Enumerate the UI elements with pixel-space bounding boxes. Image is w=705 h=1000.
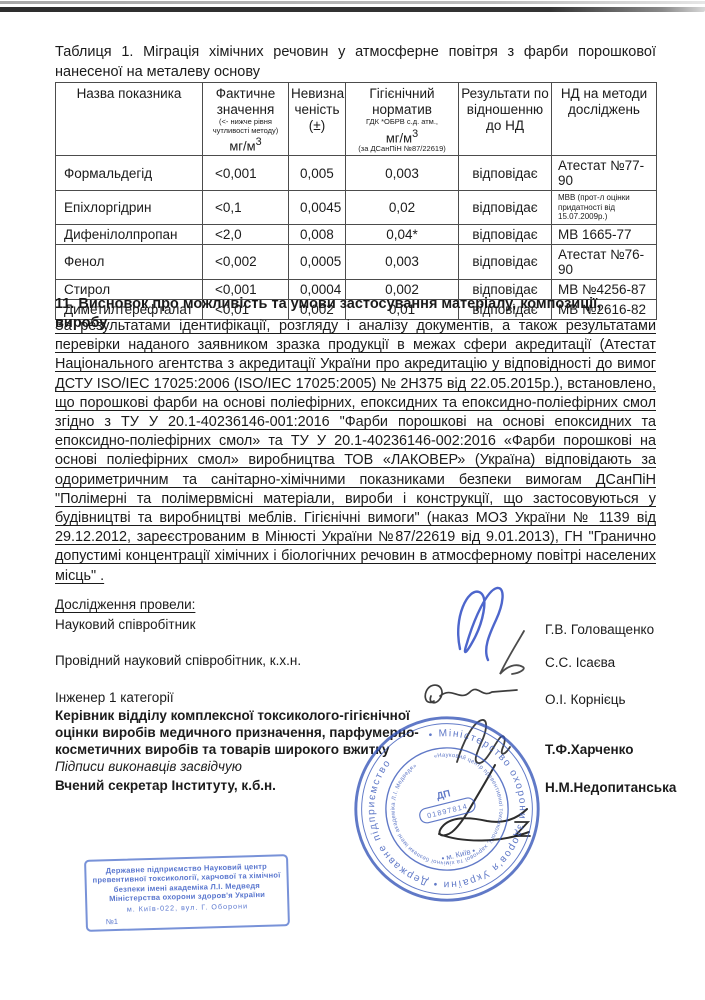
cell-actual-value: <0,002 [203,244,289,279]
role-engineer: Інженер 1 категорії [55,690,174,705]
cell-nd-method: Атестат №76-90 [552,244,657,279]
signatures-intro: Дослідження провели: [55,597,195,612]
column-header-indicator-name: Назва показника [56,83,203,156]
cell-nd-method: Атестат №77-90 [552,156,657,191]
rect-stamp: Державне підприємство Науковий центр пре… [84,854,290,932]
cell-nd-method: МВ 1665-77 [552,224,657,244]
column-header-nd-methods: НД на методи досліджень [552,83,657,156]
cell-actual-value: <0,001 [203,156,289,191]
column-header-actual-value: Фактичне значення (<- нижче рівня чутлив… [203,83,289,156]
isaieva-signature [494,629,530,677]
certify-note: Підписи виконавців засвідчую [55,759,242,774]
cell-uncertainty: 0,005 [289,156,346,191]
cell-hygienic-standard: 0,02 [346,191,459,225]
name-kharchenko: Т.Ф.Харченко [545,742,634,757]
role-lead-researcher: Провідний науковий співробітник, к.х.н. [55,653,301,668]
cell-indicator-name: Фенол [56,244,203,279]
cell-hygienic-standard: 0,04* [346,224,459,244]
cell-result: відповідає [459,224,552,244]
cell-actual-value: <2,0 [203,224,289,244]
table-header-row: Назва показника Фактичне значення (<- ни… [56,83,657,156]
scanned-document-page: Таблиця 1. Міграція хімічних речовин у а… [0,0,705,1000]
table-row: Формальдегід <0,001 0,005 0,003 відповід… [56,156,657,191]
round-stamp: • Міністерство охорони здоров'я України … [350,712,544,906]
table-row: Дифенілолпропан <2,0 0,008 0,04* відпові… [56,224,657,244]
column-header-hygienic-standard: Гігієнічний норматив ГДК *ОБРВ с.д. атм.… [346,83,459,156]
table-row: Фенол <0,002 0,0005 0,003 відповідає Ате… [56,244,657,279]
round-stamp-abbr: ДП [436,788,452,802]
cell-indicator-name: Епіхлоргідрин [56,191,203,225]
cell-uncertainty: 0,008 [289,224,346,244]
role-researcher: Науковий співробітник [55,617,196,632]
name-korniiets: О.І. Корнієць [545,692,626,707]
name-golovashchenko: Г.В. Головащенко [545,622,654,637]
column-header-result-vs-nd: Результати по відношенню до НД [459,83,552,156]
cell-result: відповідає [459,156,552,191]
cell-uncertainty: 0,0005 [289,244,346,279]
conclusion-paragraph: За результатами ідентифікації, розгляду … [55,317,656,586]
migration-results-table: Назва показника Фактичне значення (<- ни… [55,82,657,320]
cell-result: відповідає [459,191,552,225]
table-row: Епіхлоргідрин <0,1 0,0045 0,02 відповіда… [56,191,657,225]
cell-uncertainty: 0,0045 [289,191,346,225]
korniiets-signature [420,679,520,711]
cell-hygienic-standard: 0,003 [346,244,459,279]
cell-actual-value: <0,1 [203,191,289,225]
column-header-uncertainty: Невизна ченість (±) [289,83,346,156]
cell-nd-method: МВВ (прот-л оцінки придатності від 15.07… [552,191,657,225]
name-isaieva: С.С. Ісаєва [545,655,615,670]
scan-edge-artifact-light [0,1,705,4]
cell-result: відповідає [459,244,552,279]
table-caption: Таблиця 1. Міграція хімічних речовин у а… [55,42,656,82]
name-nedopytanska: Н.М.Недопитанська [545,780,676,795]
cell-hygienic-standard: 0,003 [346,156,459,191]
cell-indicator-name: Формальдегід [56,156,203,191]
cell-indicator-name: Дифенілолпропан [56,224,203,244]
scan-edge-artifact-dark [0,7,705,12]
